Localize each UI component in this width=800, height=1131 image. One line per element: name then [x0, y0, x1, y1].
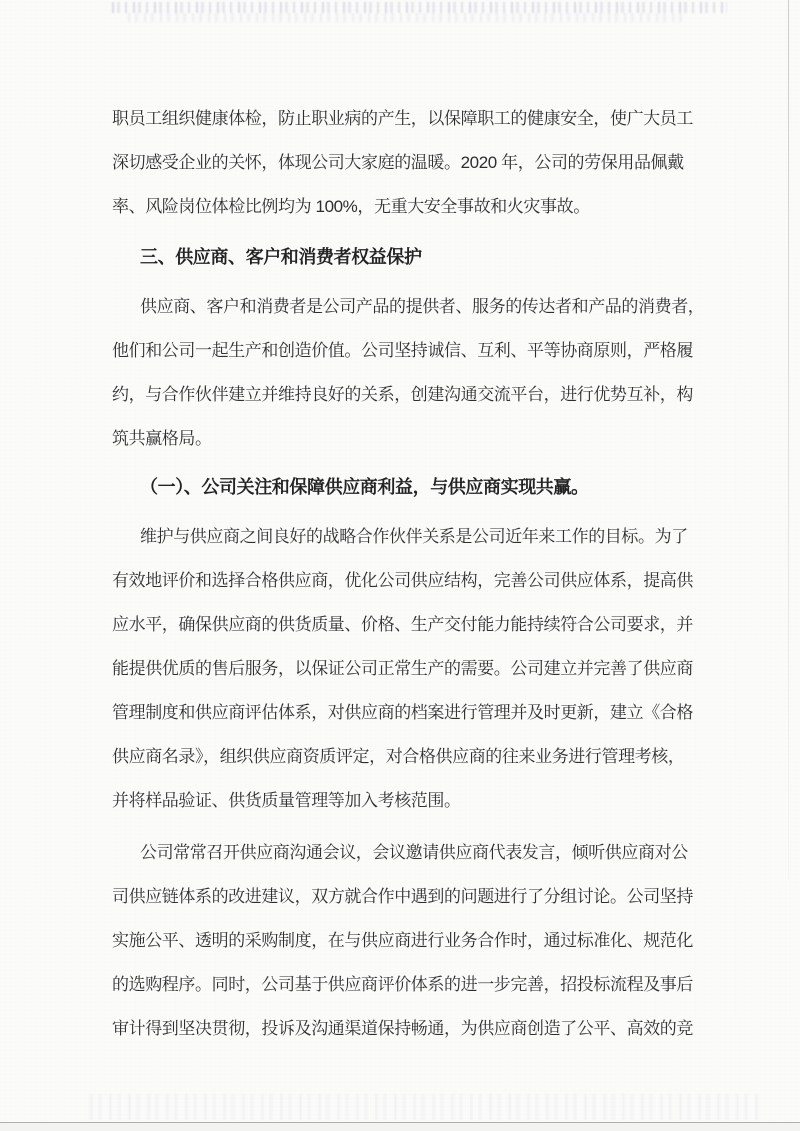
text-line: 供应商名录》，组织供应商资质评定，对合格供应商的往来业务进行管理考核，	[112, 732, 702, 776]
scan-edge-right	[788, 0, 789, 880]
text-line: 实施公平、透明的采购制度，在与供应商进行业务合作时，通过标准化、规范化	[112, 916, 702, 960]
bleed-through-top	[112, 2, 727, 13]
text-line: 他们和公司一起生产和创造价值。公司坚持诚信、互利、平等协商原则，严格履	[112, 326, 702, 370]
text-line: 能提供优质的售后服务，以保证公司正常生产的需要。公司建立并完善了供应商	[112, 644, 702, 688]
paragraph-supplier-communication: 公司常常召开供应商沟通会议，会议邀请供应商代表发言，倾听供应商对公 司供应链体系…	[112, 828, 702, 1048]
text-line: 率、风险岗位体检比例均为 100%，无重大安全事故和火灾事故。	[112, 182, 702, 226]
document-page: 职员工组织健康体检，防止职业病的产生，以保障职工的健康安全，使广大员工 深切感受…	[0, 0, 800, 1131]
paragraph-employee-health: 职员工组织健康体检，防止职业病的产生，以保障职工的健康安全，使广大员工 深切感受…	[112, 94, 702, 226]
text-line: 深切感受企业的关怀，体现公司大家庭的温暖。2020 年，公司的劳保用品佩戴	[112, 138, 702, 182]
subsection-heading-3-1: （一）、公司关注和保障供应商利益，与供应商实现共赢。	[112, 464, 702, 508]
text-line: 公司常常召开供应商沟通会议，会议邀请供应商代表发言，倾听供应商对公	[112, 828, 702, 872]
text-line: 筑共赢格局。	[112, 414, 702, 458]
text-line: 有效地评价和选择合格供应商，优化公司供应结构，完善公司供应体系，提高供	[112, 556, 702, 600]
text-line: 约，与合作伙伴建立并维持良好的关系，创建沟通交流平台，进行优势互补，构	[112, 370, 702, 414]
page-content: 职员工组织健康体检，防止职业病的产生，以保障职工的健康安全，使广大员工 深切感受…	[112, 94, 702, 1048]
scan-edge-bottom-line	[0, 1122, 800, 1123]
text-line: 维护与供应商之间良好的战略合作伙伴关系是公司近年来工作的目标。为了	[112, 512, 702, 556]
paragraph-supplier-customer-intro: 供应商、客户和消费者是公司产品的提供者、服务的传达者和产品的消费者， 他们和公司…	[112, 282, 702, 458]
text-line: 管理制度和供应商评估体系，对供应商的档案进行管理并及时更新，建立《合格	[112, 688, 702, 732]
scan-edge-bottom-area	[0, 1123, 800, 1131]
paragraph-supplier-management: 维护与供应商之间良好的战略合作伙伴关系是公司近年来工作的目标。为了 有效地评价和…	[112, 512, 702, 820]
text-line: 司供应链体系的改进建议，双方就合作中遇到的问题进行了分组讨论。公司坚持	[112, 872, 702, 916]
bleed-through-bottom	[90, 1094, 760, 1120]
bleed-through-top-secondary	[128, 13, 688, 22]
text-line: 供应商、客户和消费者是公司产品的提供者、服务的传达者和产品的消费者，	[112, 282, 702, 326]
text-line: 职员工组织健康体检，防止职业病的产生，以保障职工的健康安全，使广大员工	[112, 94, 702, 138]
heading-text: （一）、公司关注和保障供应商利益，与供应商实现共赢。	[112, 464, 702, 508]
heading-text: 三、供应商、客户和消费者权益保护	[112, 234, 702, 278]
text-line: 审计得到坚决贯彻，投诉及沟通渠道保持畅通，为供应商创造了公平、高效的竞	[112, 1004, 702, 1048]
text-line: 应水平，确保供应商的供货质量、价格、生产交付能力能持续符合公司要求，并	[112, 600, 702, 644]
text-line: 的选购程序。同时，公司基于供应商评价体系的进一步完善，招投标流程及事后	[112, 960, 702, 1004]
section-heading-3: 三、供应商、客户和消费者权益保护	[112, 234, 702, 278]
text-line: 并将样品验证、供货质量管理等加入考核范围。	[112, 776, 702, 820]
